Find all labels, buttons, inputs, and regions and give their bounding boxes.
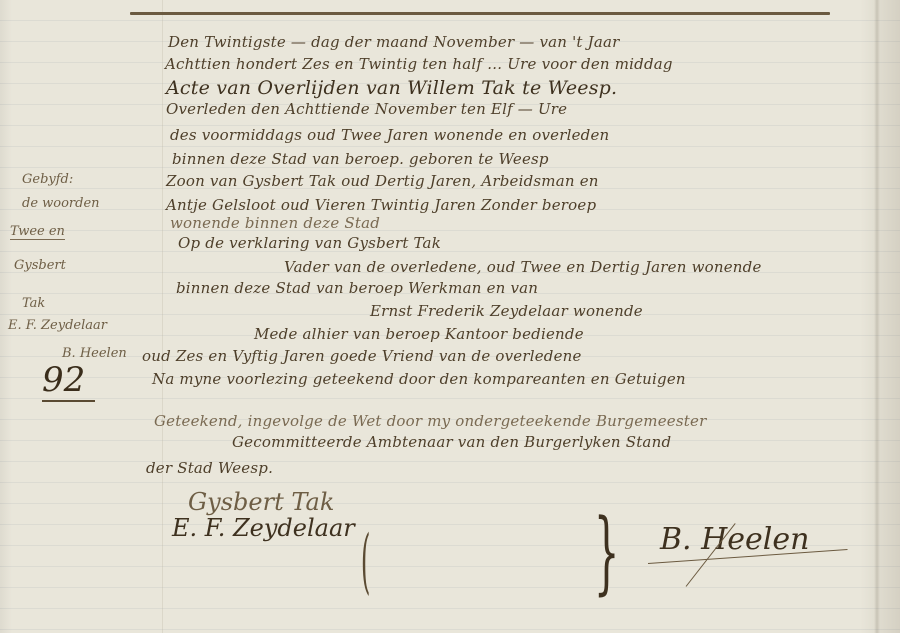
record-text-line: Gecommitteerde Ambtenaar van den Burgerl… xyxy=(232,433,671,451)
page-fold-shadow xyxy=(874,0,880,633)
record-number: 92 xyxy=(42,360,95,402)
margin-note: de woorden xyxy=(22,196,100,211)
signature: Gysbert Tak xyxy=(188,488,334,516)
right-brace-mark: } xyxy=(594,500,620,605)
record-text-line: Overleden den Achttiende November ten El… xyxy=(166,100,567,118)
left-brace-mark: ( xyxy=(361,520,371,602)
record-text-line: Zoon van Gysbert Tak oud Dertig Jaren, A… xyxy=(166,172,599,190)
margin-line xyxy=(162,0,163,633)
record-text-line: Op de verklaring van Gysbert Tak xyxy=(178,234,441,252)
record-text-line: Mede alhier van beroep Kantoor bediende xyxy=(254,325,584,343)
margin-note: B. Heelen xyxy=(62,346,127,361)
record-text-line: Acte van Overlijden van Willem Tak te We… xyxy=(166,77,617,99)
top-rule-line xyxy=(130,12,830,15)
signature: B. Heelen xyxy=(660,522,809,557)
record-text-line: Achttien hondert Zes en Twintig ten half… xyxy=(165,55,673,73)
margin-note: E. F. Zeydelaar xyxy=(8,318,107,333)
record-text-line: binnen deze Stad van beroep Werkman en v… xyxy=(176,279,538,297)
record-text-line: Vader van de overledene, oud Twee en Der… xyxy=(284,258,762,276)
record-text-line: wonende binnen deze Stad xyxy=(170,214,380,232)
margin-note: Gysbert xyxy=(14,258,66,273)
record-text-line: binnen deze Stad van beroep. geboren te … xyxy=(172,150,549,168)
record-text-line: Ernst Frederik Zeydelaar wonende xyxy=(370,302,643,320)
record-text-line: der Stad Weesp. xyxy=(146,459,273,477)
signature: E. F. Zeydelaar xyxy=(172,514,355,542)
record-text-line: des voormiddags oud Twee Jaren wonende e… xyxy=(170,126,609,144)
record-text-line: oud Zes en Vyftig Jaren goede Vriend van… xyxy=(142,347,582,365)
record-text-line: Den Twintigste — dag der maand November … xyxy=(168,33,620,51)
record-text-line: Antje Gelsloot oud Vieren Twintig Jaren … xyxy=(166,196,596,214)
record-text-line: Na myne voorlezing geteekend door den ko… xyxy=(152,370,686,388)
margin-note: Tak xyxy=(22,296,45,311)
margin-note: Gebyfd: xyxy=(22,172,73,187)
record-text-line: Geteekend, ingevolge de Wet door my onde… xyxy=(154,412,706,430)
margin-note: Twee en xyxy=(10,224,65,240)
